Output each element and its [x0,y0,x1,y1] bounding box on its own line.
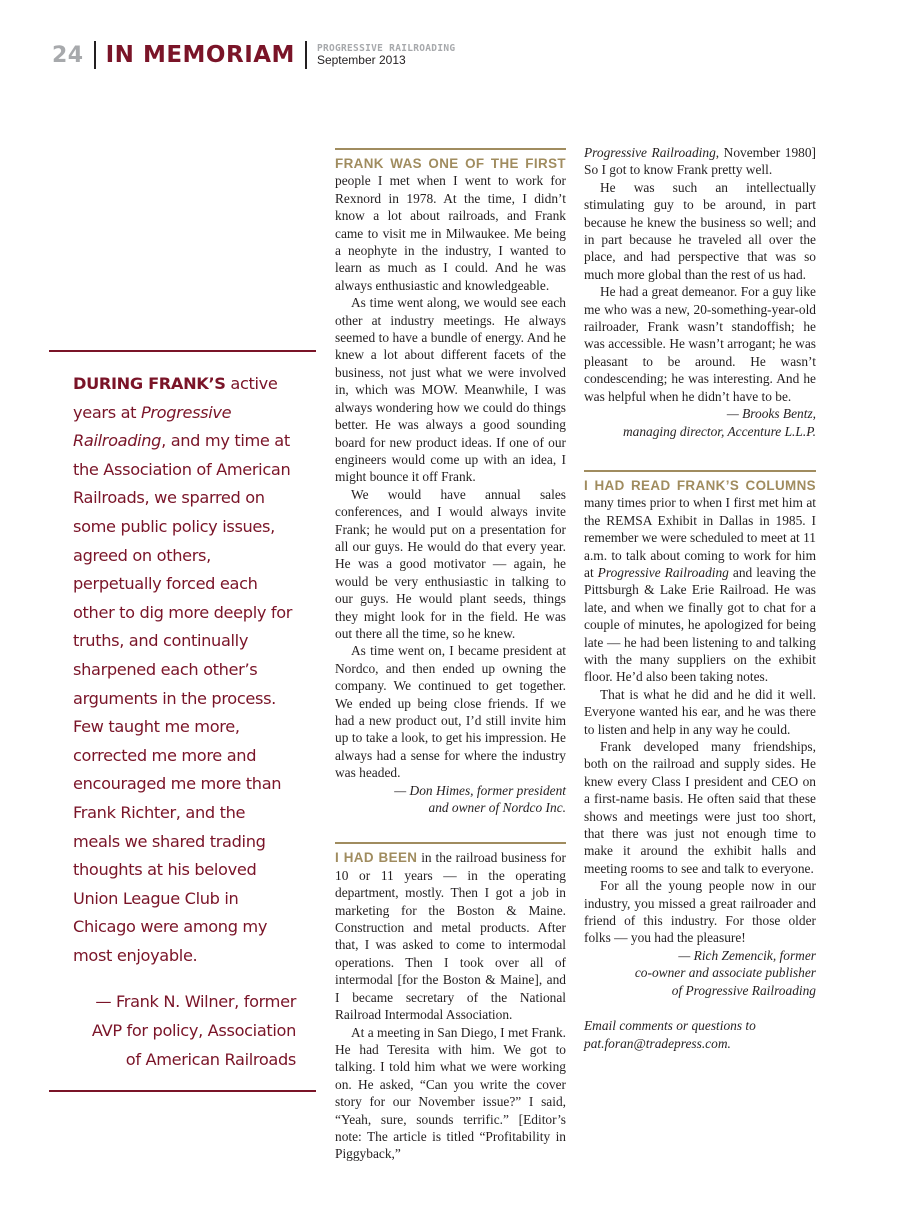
paragraph: I HAD BEEN in the railroad business for … [335,849,566,1023]
contact-note: Email comments or questions to pat.foran… [584,1017,816,1052]
pull-quote: DURING FRANK’S active years at Progressi… [49,350,316,1092]
publication-name: PROGRESSIVE RAILROADING [317,44,455,54]
story-bentz-continued: Progressive Railroading, November 1980] … [584,144,816,440]
contact-note-text: Email comments or questions to [584,1017,816,1034]
paragraph: That is what he did and he did it well. … [584,686,816,738]
story-lead-in: FRANK WAS ONE OF THE FIRST [335,156,566,171]
pull-quote-lead-in: DURING FRANK’S [73,374,226,393]
story-rule [584,470,816,472]
column-middle: FRANK WAS ONE OF THE FIRST people I met … [335,148,566,1163]
story-himes: FRANK WAS ONE OF THE FIRST people I met … [335,148,566,816]
pull-quote-attribution: — Frank N. Wilner, former AVP for policy… [49,970,316,1074]
publication-block: PROGRESSIVE RAILROADING September 2013 [317,44,455,67]
signature: and owner of Nordco Inc. [335,799,566,816]
section-title: IN MEMORIAM [106,42,295,68]
paragraph: He was such an intellectually stimulatin… [584,179,816,283]
signature: co-owner and associate publisher [584,964,816,981]
paragraph-text: and leaving the Pittsburgh & Lake Erie R… [584,565,816,684]
page-header: 24 IN MEMORIAM PROGRESSIVE RAILROADING S… [52,38,455,72]
signature: managing director, Accenture L.L.P. [584,423,816,440]
paragraph-text: At a meeting in San Diego, I met Frank. … [335,1025,566,1162]
paragraph-text: in the railroad business for 10 or 11 ye… [335,850,566,1022]
paragraph: At a meeting in San Diego, I met Frank. … [335,1024,566,1163]
story-lead-in: I HAD READ FRANK’S COLUMNS [584,478,816,493]
story-zemencik: I HAD READ FRANK’S COLUMNS many times pr… [584,470,816,999]
signature: of Progressive Railroading [584,982,816,999]
contact-email-link[interactable]: pat.foran@tradepress.com. [584,1035,816,1052]
pull-quote-body: DURING FRANK’S active years at Progressi… [49,352,316,970]
paragraph: We would have annual sales conferences, … [335,486,566,643]
paragraph: Progressive Railroading, November 1980] … [584,144,816,179]
paragraph: He had a great demeanor. For a guy like … [584,283,816,405]
story-lead-in: I HAD BEEN [335,850,417,865]
paragraph: As time went along, we would see each ot… [335,294,566,485]
column-right: Progressive Railroading, November 1980] … [584,144,816,1052]
publication-title: Progressive Railroading [584,145,716,160]
page-number: 24 [52,43,84,68]
signature: — Brooks Bentz, [584,405,816,422]
issue-date: September 2013 [317,54,455,66]
paragraph: For all the young people now in our indu… [584,877,816,947]
header-divider [305,41,307,69]
pull-quote-text: , and my time at the Association of Amer… [73,431,292,965]
pull-quote-bottom-rule [49,1090,316,1092]
story-rule [335,842,566,844]
header-divider [94,41,96,69]
paragraph: As time went on, I became president at N… [335,642,566,781]
publication-title: Progressive Railroading [598,565,729,580]
signature: — Rich Zemencik, former [584,947,816,964]
paragraph: FRANK WAS ONE OF THE FIRST people I met … [335,155,566,294]
signature: — Don Himes, former president [335,782,566,799]
story-bentz: I HAD BEEN in the railroad business for … [335,842,566,1162]
paragraph: Frank developed many friendships, both o… [584,738,816,877]
paragraph: I HAD READ FRANK’S COLUMNS many times pr… [584,477,816,686]
story-rule [335,148,566,150]
paragraph-text: people I met when I went to work for Rex… [335,173,566,292]
